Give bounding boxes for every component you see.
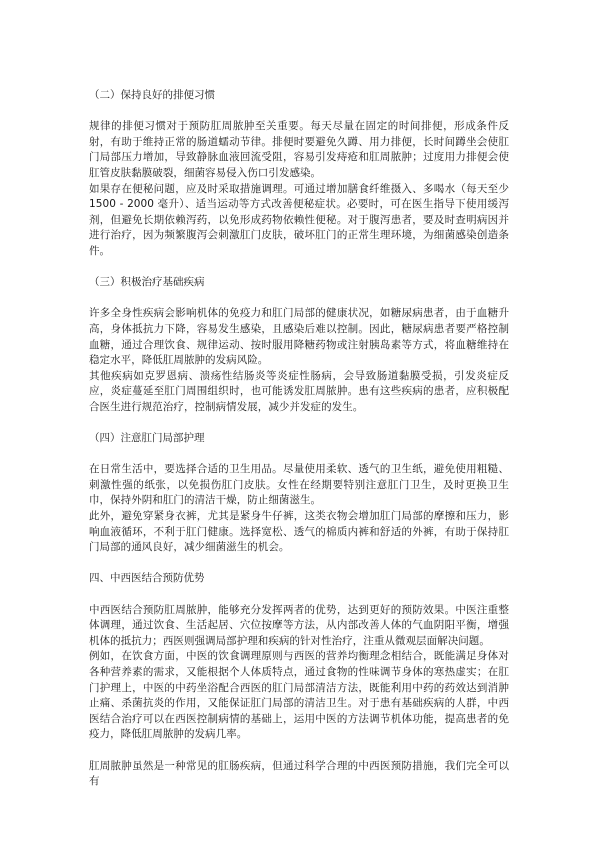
document-page: （二）保持良好的排便习惯 规律的排便习惯对于预防肛周脓肿至关重要。每天尽量在固定… (89, 88, 509, 790)
section-heading-integrated-medicine: 四、中西医结合预防优势 (89, 571, 509, 587)
paragraph: 在日常生活中，要选择合适的卫生用品。尽量使用柔软、透气的卫生纸，避免使用粗糙、刺… (89, 462, 509, 509)
section-heading-bowel-habits: （二）保持良好的排便习惯 (89, 88, 509, 104)
section-heading-underlying-disease: （三）积极治疗基础疾病 (89, 275, 509, 291)
paragraph: 中西医结合预防肛周脓肿，能够充分发挥两者的优势，达到更好的预防效果。中医注重整体… (89, 603, 509, 650)
paragraph: 规律的排便习惯对于预防肛周脓肿至关重要。每天尽量在固定的时间排便，形成条件反射，… (89, 119, 509, 181)
paragraph: 如果存在便秘问题，应及时采取措施调理。可通过增加膳食纤维摄入、多喝水（每天至少 … (89, 182, 509, 260)
section-heading-local-care: （四）注意肛门局部护理 (89, 431, 509, 447)
paragraph: 其他疾病如克罗恩病、溃疡性结肠炎等炎症性肠病，会导致肠道黏膜受损，引发炎症反应，… (89, 369, 509, 416)
paragraph: 例如，在饮食方面，中医的饮食调理原则与西医的营养均衡理念相结合，既能满足身体对各… (89, 649, 509, 743)
paragraph: 许多全身性疾病会影响机体的免疫力和肛门局部的健康状况，如糖尿病患者，由于血糖升高… (89, 306, 509, 368)
closing-paragraph: 肛周脓肿虽然是一种常见的肛肠疾病，但通过科学合理的中西医预防措施，我们完全可以有 (89, 759, 509, 790)
paragraph: 此外，避免穿紧身衣裤，尤其是紧身牛仔裤，这类衣物会增加肛门局部的摩擦和压力，影响… (89, 509, 509, 556)
